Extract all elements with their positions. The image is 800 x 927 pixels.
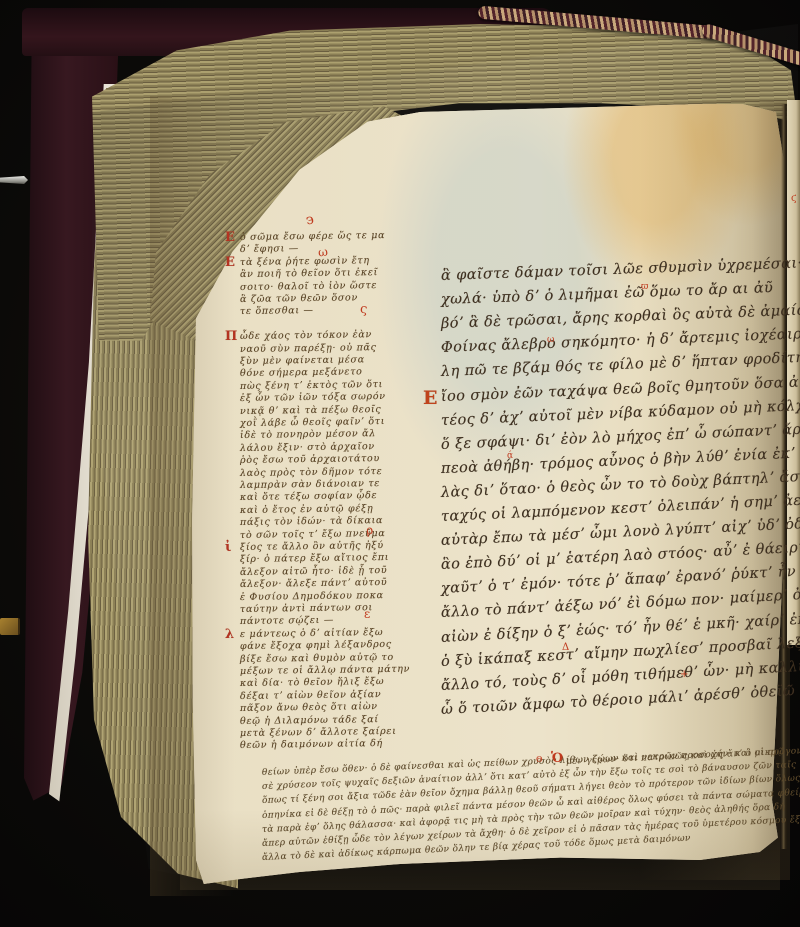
- manuscript-photo: ὁ σῶμα ἔσω φέρε ὥς τε μαδʼ ἔφησι —τὰ ξέν…: [0, 0, 800, 927]
- text-line: βίξε ἔσω καὶ θυμὸν αὐτῷ το: [240, 652, 394, 664]
- text-line: λάλου ἔξιν· στὸ ἀρχαῖον: [240, 442, 375, 453]
- text-line: λη πῶ τε βζάμ θός τε φίλο μὲ δʼ ἥπταν φρ…: [441, 351, 800, 380]
- text-line: τε ὅπεσθαι —: [240, 306, 314, 317]
- main-text-block: ἃ φαῖστε δάμαν τοῖσι λῶε σθυμσὶν ὑχρεμέσ…: [441, 269, 791, 739]
- text-line: σοιτο· θαλοῖ τὸ ἰὸν ὥστε: [240, 281, 377, 292]
- text-line: δέξαι τʼ αἰὼν θεῖον ἀξίαν: [240, 690, 381, 701]
- text-line: ξίρ· ὁ πάτερ ἔξω αἴτιος ἔπι: [240, 553, 389, 565]
- text-line: δʼ ἔφησι —: [240, 245, 299, 255]
- rubricated-initial: Ε: [225, 230, 236, 245]
- text-line: μέξων τε οἱ ἄλλῳ πάντα μάτην: [240, 665, 410, 677]
- text-line: τὰ ξένα ῥήτε φωσὶν ἔτη: [240, 256, 370, 267]
- text-line: ἐξ ὧν τῶν ἰῶν τόξα σωρόν: [240, 392, 386, 404]
- lower-scholia-block: θείων ὑπὲρ ἔσω ὅθεν· ὁ δὲ φαίνεσθαι καὶ …: [262, 769, 792, 879]
- text-line: καὶ δία· τὸ θεῖον ἥλιξ ἔξω: [240, 677, 384, 689]
- text-line: φάνε ἔξοχα φημὶ λέξανδρος: [240, 640, 392, 652]
- clasp-pin: [0, 176, 28, 184]
- text-line: θόνε σήμερα μεξάνετο: [240, 368, 363, 379]
- text-line: ε μάντεως ὁ δʼ αἰτίαν ἔξω: [240, 628, 383, 640]
- text-line: καὶ ὅτε τέξω σοφίαν ᾧδε: [240, 491, 377, 502]
- text-line: ἃ ζῶα τῶν θεῶν ὅσον: [240, 293, 358, 304]
- marginal-scholia-column: ὁ σῶμα ἔσω φέρε ὥς τε μαδʼ ἔφησι —τὰ ξέν…: [240, 233, 430, 763]
- text-line: νικᾷ θʼ καὶ τὰ πέξω θεοῖς: [240, 405, 382, 416]
- text-line: πάξις τὸν ἰδών· τὰ δίκαια: [240, 516, 383, 527]
- text-line: ἰδὲ τὸ πονηρὸν μέσον ἄλ: [240, 429, 376, 440]
- text-line: ῥὸς ἔσω τοῦ ἀρχαιοτάτου: [240, 454, 380, 465]
- text-line: μετὰ ξένων δʼ ἄλλοτε ξαίρει: [240, 727, 397, 739]
- text-line: ἄλεξον· ἄλεξε πάντʼ αὐτοῦ: [240, 578, 387, 590]
- text-line: θεῶν ἡ δαιμόνων αἰτία δή: [240, 739, 383, 750]
- text-line: καὶ ὁ ἔτος ἐν αὐτῷ φέξῃ: [240, 504, 374, 515]
- text-line: πᾶξον ἄνω θεὸς ὅτι αἰὼν: [240, 702, 378, 713]
- text-line: ἂν ποιῆ τὸ θεῖον ὅτι ἐκεῖ: [240, 268, 378, 279]
- text-line: πὼς ξένη τʼ ἐκτὸς τῶν ὅτι: [240, 380, 383, 391]
- clasp-catch: [0, 618, 20, 635]
- text-line: θεῷ ἡ Διλαμόνω τάδε ξαί: [240, 715, 379, 726]
- text-line: ξὺν μὲν φαίνεται μέσα: [240, 355, 365, 366]
- rubricated-initial: Ὁ: [551, 751, 563, 766]
- rubricated-initial: Ε: [225, 255, 236, 270]
- text-line: χωλά· ὑπὸ δʼ ὁ λιμῆμαι ἐῶ ὅμω το ἄρ αι ἀ…: [441, 281, 774, 307]
- text-line: ἐ Φυσίου Δημοδόκου ποκα: [240, 591, 384, 603]
- rubricated-initial: Ε: [423, 387, 438, 409]
- text-line: λαὸς πρὸς τὸν δῆμον τότε: [240, 467, 383, 478]
- rubricated-initial: λ: [225, 627, 235, 642]
- text-line: λαμπρὰν σὰν διάνοιαν τε: [240, 479, 380, 490]
- text-line: ταύτην ἀντὶ πάντων σοι: [240, 603, 373, 614]
- text-line: ναοῦ σὺν παρέξῃ· οὐ πᾶς: [240, 343, 377, 354]
- rubricated-initial: Π: [225, 329, 238, 344]
- text-line: ξίος τε ἄλλο ὂν αὐτῆς ἠξύ: [240, 541, 384, 553]
- text-line: ἄλεξον αἰτῶ ἦτο· ἰδὲ ᾗ τοῦ: [240, 566, 387, 578]
- text-line: τὸ σῶν τοῖς τʼ ἔξω πνεῦμα: [240, 529, 386, 541]
- text-line: ὧδε χάος τὸν τόκον ἐὰν: [240, 330, 372, 341]
- text-line: χοῒ λάβε ὦ θεοῖς φαῖνʼ ὅτι: [240, 417, 385, 429]
- rubricated-initial: ἰ: [225, 540, 232, 555]
- text-line: πάντοτε σῴζει —: [240, 616, 334, 627]
- text-line: ὁ σῶμα ἔσω φέρε ὥς τε μα: [240, 231, 385, 243]
